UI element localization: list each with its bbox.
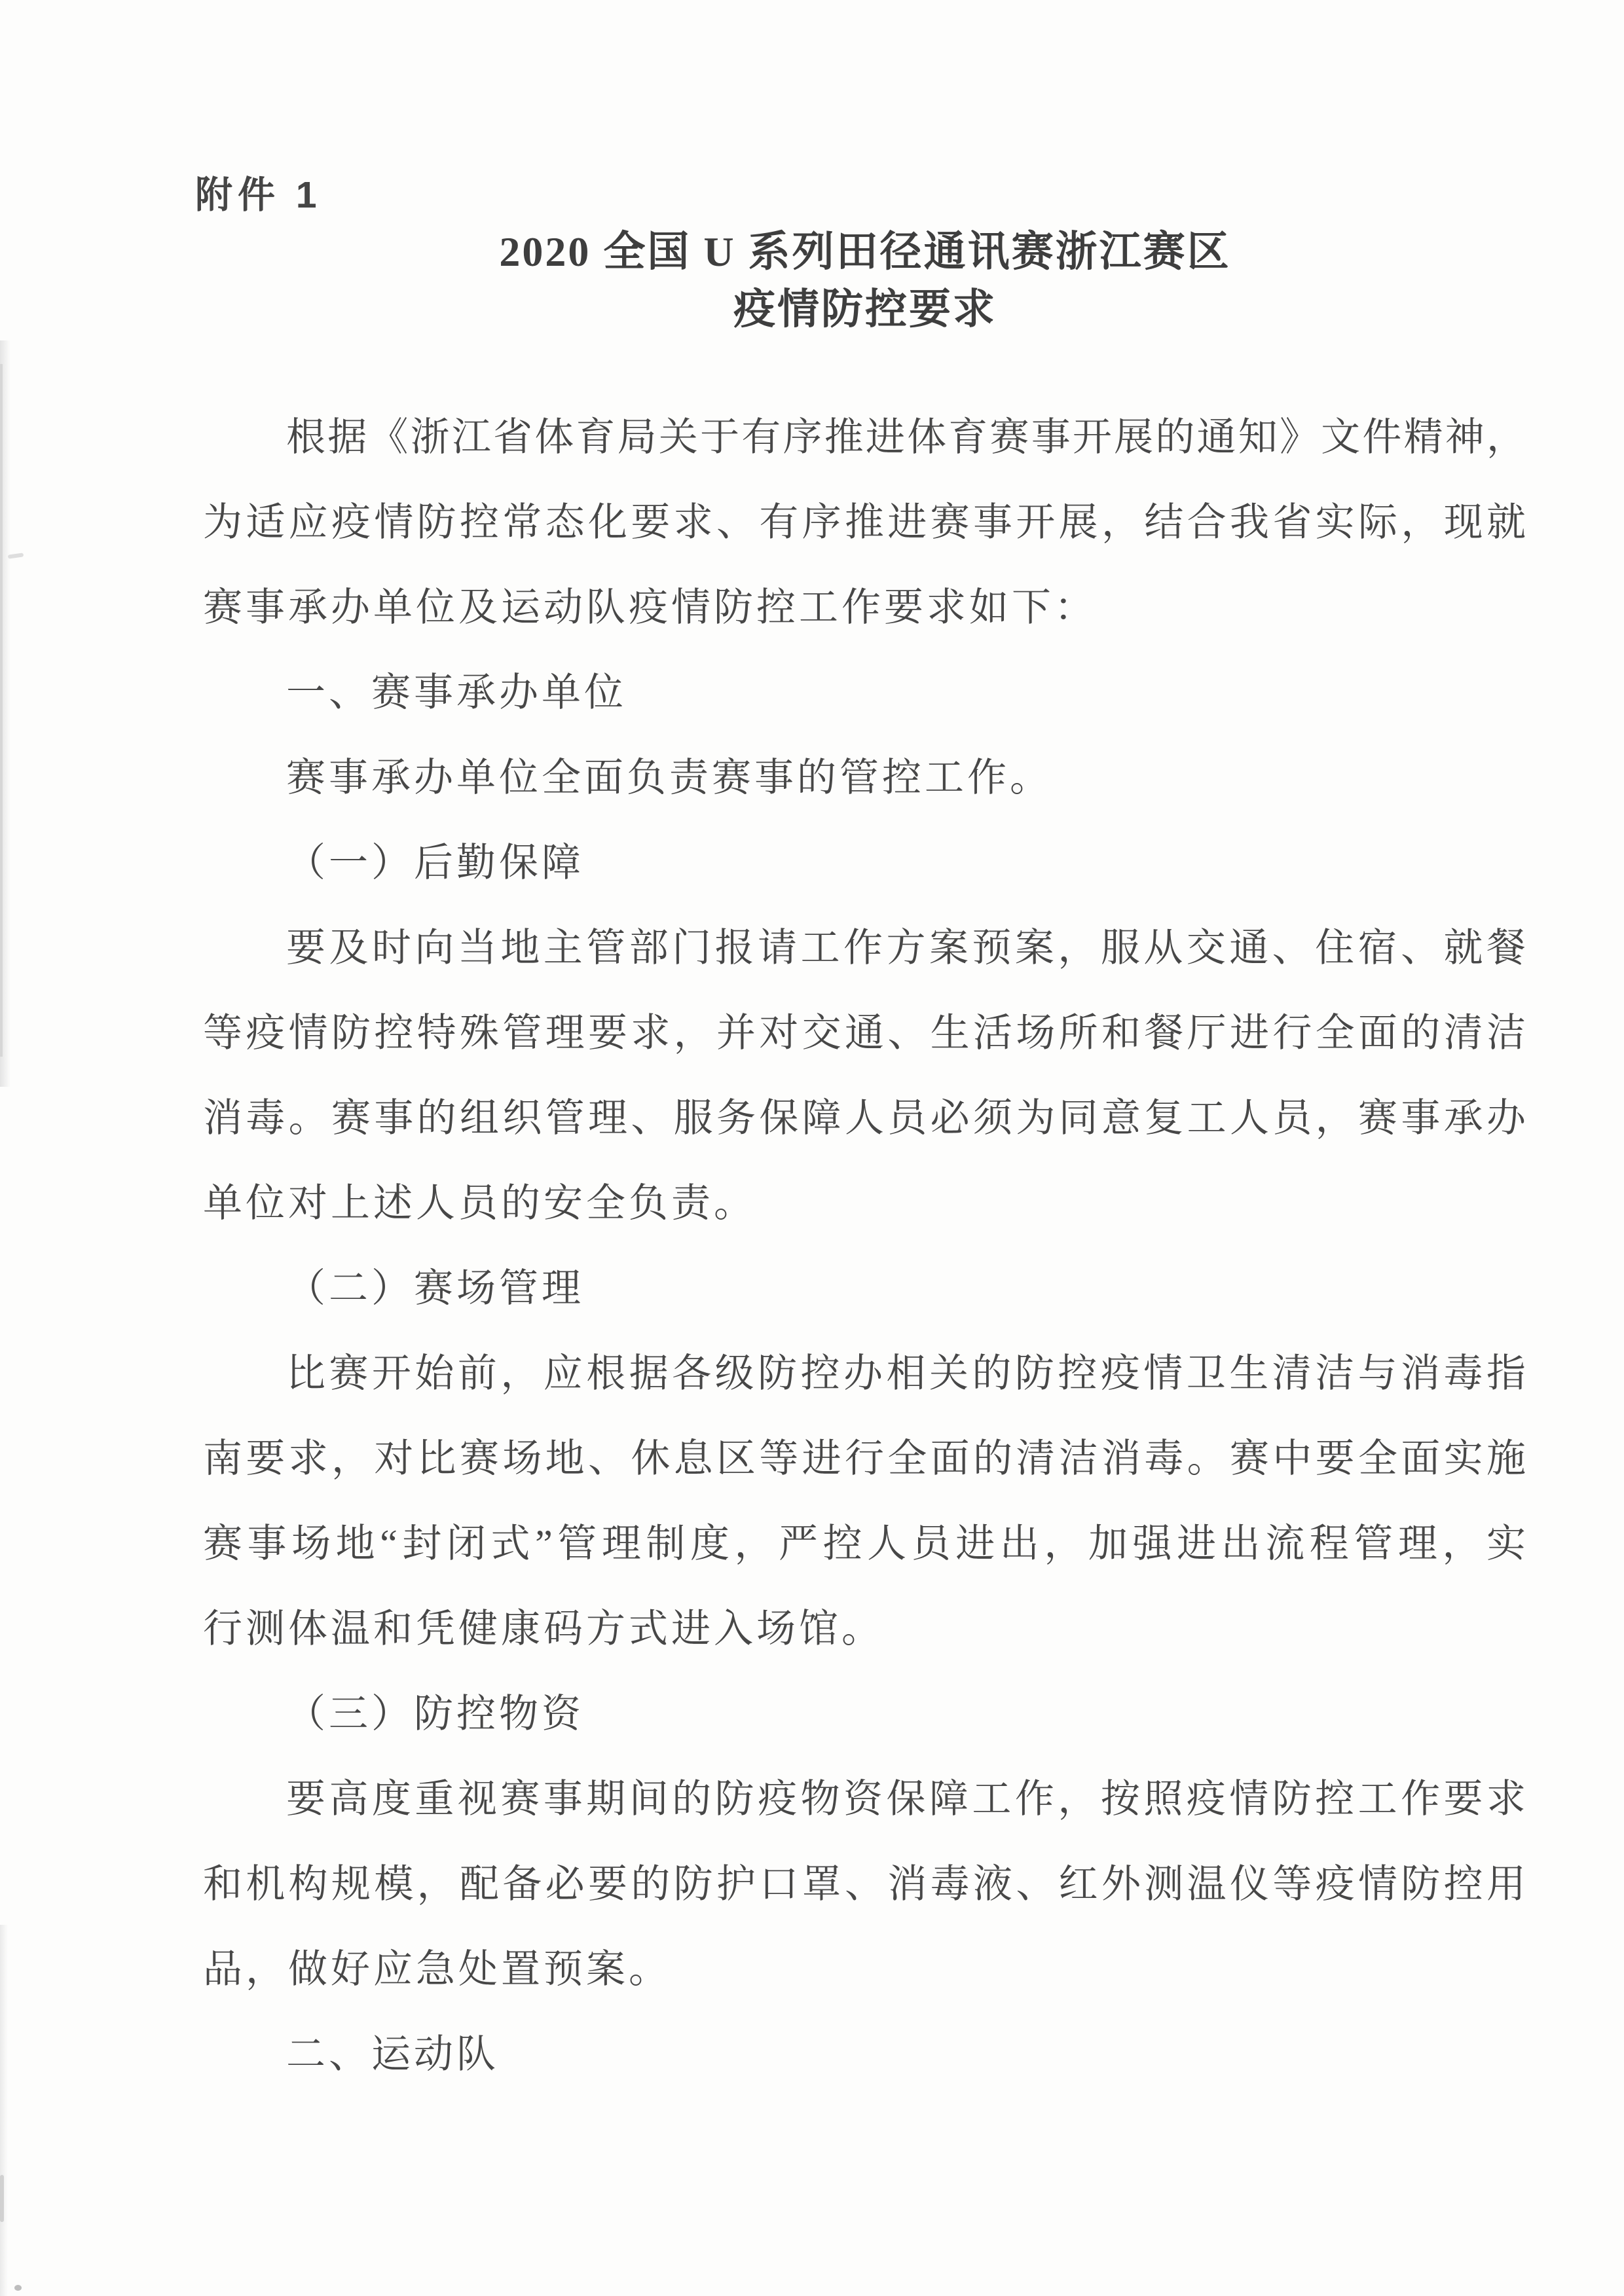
scan-streak-line-artifact — [0, 364, 3, 1057]
text-line: 等疫情防控特殊管理要求，并对交通、生活场所和餐厅进行全面的清洁 — [203, 991, 1527, 1076]
text-line: 南要求，对比赛场地、休息区等进行全面的清洁消毒。赛中要全面实施 — [203, 1416, 1527, 1501]
text-line: 比赛开始前，应根据各级防控办相关的防控疫情卫生清洁与消毒指 — [203, 1331, 1527, 1416]
text-line: 单位对上述人员的安全负责。 — [203, 1161, 1527, 1246]
text-line: 赛事承办单位全面负责赛事的管控工作。 — [203, 735, 1527, 820]
text-line: （三）防控物资 — [203, 1671, 1527, 1757]
document-title-line2: 疫情防控要求 — [203, 281, 1527, 338]
text-line: 要及时向当地主管部门报请工作方案预案，服从交通、住宿、就餐 — [203, 905, 1527, 991]
document-body: 根据《浙江省体育局关于有序推进体育赛事开展的通知》文件精神，为适应疫情防控常态化… — [203, 395, 1527, 2097]
attachment-label: 附件 1 — [195, 172, 322, 219]
document-title-line1: 2020 全国 U 系列田径通讯赛浙江赛区 — [203, 223, 1527, 281]
scanned-document-page: 附件 1 2020 全国 U 系列田径通讯赛浙江赛区 疫情防控要求 根据《浙江省… — [0, 0, 1624, 2296]
text-line: 品，做好应急处置预案。 — [203, 1927, 1527, 2012]
text-line: 一、赛事承办单位 — [203, 650, 1527, 735]
text-line: 赛事场地“封闭式”管理制度，严控人员进出，加强进出流程管理，实 — [203, 1501, 1527, 1586]
scan-mark-artifact — [0, 2175, 4, 2222]
text-line: 行测体温和凭健康码方式进入场馆。 — [203, 1586, 1527, 1671]
document-title: 2020 全国 U 系列田径通讯赛浙江赛区 疫情防控要求 — [203, 223, 1527, 338]
text-line: 要高度重视赛事期间的防疫物资保障工作，按照疫情防控工作要求 — [203, 1757, 1527, 1842]
text-line: （二）赛场管理 — [203, 1246, 1527, 1331]
text-line: 赛事承办单位及运动队疫情防控工作要求如下： — [203, 565, 1527, 650]
text-line: 消毒。赛事的组织管理、服务保障人员必须为同意复工人员，赛事承办 — [203, 1076, 1527, 1161]
scan-streak-artifact — [0, 1925, 8, 2296]
text-line: 二、运动队 — [203, 2012, 1527, 2097]
text-line: 根据《浙江省体育局关于有序推进体育赛事开展的通知》文件精神， — [203, 395, 1527, 480]
text-line: 和机构规模，配备必要的防护口罩、消毒液、红外测温仪等疫情防控用 — [203, 1842, 1527, 1927]
scan-dot-artifact — [14, 2285, 22, 2291]
text-line: （一）后勤保障 — [203, 820, 1527, 905]
text-line: 为适应疫情防控常态化要求、有序推进赛事开展，结合我省实际，现就 — [203, 480, 1527, 565]
